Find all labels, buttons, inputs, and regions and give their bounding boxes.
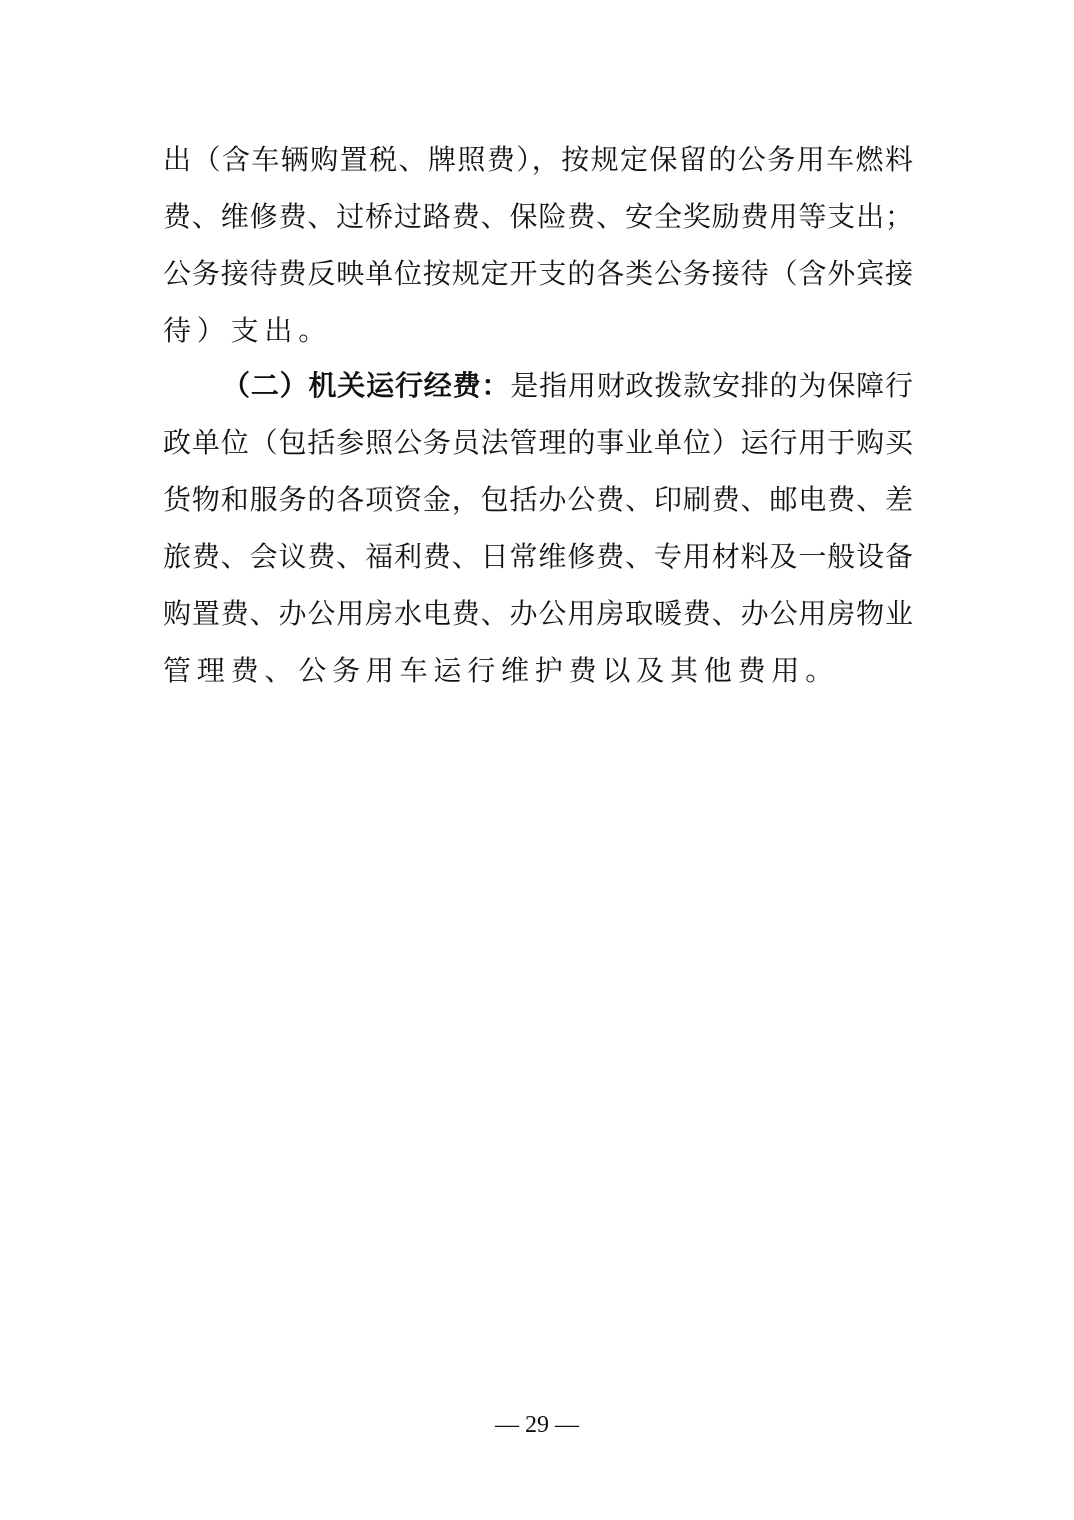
page-number: — 29 — xyxy=(0,1410,1074,1440)
text-line: 待）支出。 xyxy=(163,311,913,351)
text-span: 是指用财政拨款安排的为保障行 xyxy=(510,369,913,402)
text-line: 旅费、会议费、福利费、日常维修费、专用材料及一般设备 xyxy=(163,537,913,577)
text-line: （二）机关运行经费：是指用财政拨款安排的为保障行 xyxy=(222,366,913,406)
text-line: 管理费、公务用车运行维护费以及其他费用。 xyxy=(163,651,913,691)
text-line: 购置费、办公用房水电费、办公用房取暖费、办公用房物业 xyxy=(163,594,913,634)
text-line: 公务接待费反映单位按规定开支的各类公务接待（含外宾接 xyxy=(163,254,913,294)
text-line: 费、维修费、过桥过路费、保险费、安全奖励费用等支出； xyxy=(163,197,913,237)
text-line: 出（含车辆购置税、牌照费），按规定保留的公务用车燃料 xyxy=(163,140,913,180)
text-line: 货物和服务的各项资金，包括办公费、印刷费、邮电费、差 xyxy=(163,480,913,520)
text-line: 政单位（包括参照公务员法管理的事业单位）运行用于购买 xyxy=(163,423,913,463)
section-heading: （二）机关运行经费： xyxy=(222,369,510,402)
document-page: 出（含车辆购置税、牌照费），按规定保留的公务用车燃料 费、维修费、过桥过路费、保… xyxy=(0,0,1074,1520)
